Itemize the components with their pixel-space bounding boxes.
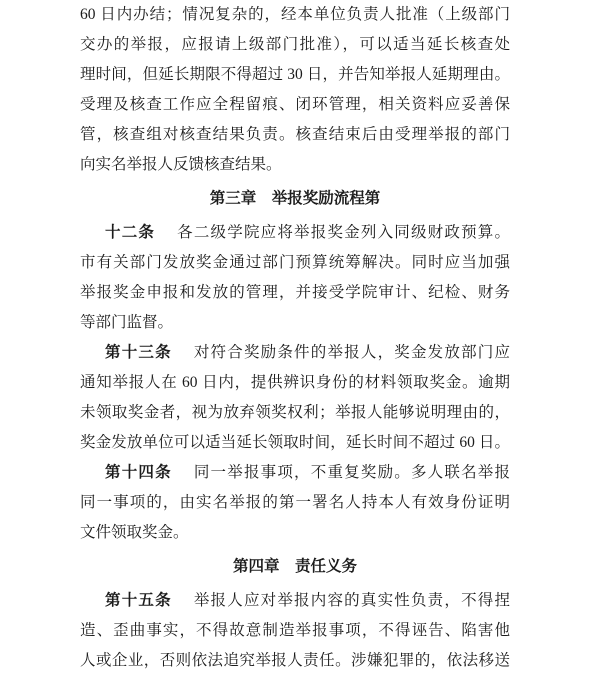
document-line: 理时间，但延长期限不得超过 30 日，并告知举报人延期理由。 xyxy=(80,60,510,90)
document-line: 人或企业，否则依法追究举报人责任。涉嫌犯罪的，依法移送 xyxy=(80,646,510,676)
document-line: 交办的举报，应报请上级部门批准），可以适当延长核查处 xyxy=(80,30,510,60)
article-number: 第十五条 xyxy=(105,592,172,609)
document-line: 市有关部门发放奖金通过部门预算统筹解决。同时应当加强 xyxy=(80,248,510,278)
document-line: 同一事项的，由实名举报的第一署名人持本人有效身份证明 xyxy=(80,488,510,518)
document-line: 十二条各二级学院应将举报奖金列入同级财政预算。 xyxy=(80,218,510,248)
document-line: 等部门监督。 xyxy=(80,308,510,338)
article-number: 第十四条 xyxy=(105,464,172,481)
document-line: 造、歪曲事实，不得故意制造举报事项，不得诬告、陷害他 xyxy=(80,616,510,646)
document-line: 60 日内办结；情况复杂的，经本单位负责人批准（上级部门 xyxy=(80,0,510,30)
document-body: 60 日内办结；情况复杂的，经本单位负责人批准（上级部门交办的举报，应报请上级部… xyxy=(80,0,510,676)
document-line: 受理及核查工作应全程留痕、闭环管理，相关资料应妥善保 xyxy=(80,90,510,120)
document-line: 第十三条对符合奖励条件的举报人，奖金发放部门应 xyxy=(80,338,510,368)
document-line: 向实名举报人反馈核查结果。 xyxy=(80,150,510,180)
article-number: 第十三条 xyxy=(105,344,172,361)
chapter-heading: 第三章 举报奖励流程第 xyxy=(80,184,510,214)
document-page: 60 日内办结；情况复杂的，经本单位负责人批准（上级部门交办的举报，应报请上级部… xyxy=(0,0,592,678)
document-line: 未领取奖金者，视为放弃领奖权利；举报人能够说明理由的， xyxy=(80,398,510,428)
document-line: 第十四条同一举报事项，不重复奖励。多人联名举报 xyxy=(80,458,510,488)
document-line: 通知举报人在 60 日内，提供辨识身份的材料领取奖金。逾期 xyxy=(80,368,510,398)
document-line: 举报奖金申报和发放的管理，并接受学院审计、纪检、财务 xyxy=(80,278,510,308)
document-line: 奖金发放单位可以适当延长领取时间，延长时间不超过 60 日。 xyxy=(80,428,510,458)
document-line: 第十五条举报人应对举报内容的真实性负责，不得捏 xyxy=(80,586,510,616)
chapter-heading: 第四章 责任义务 xyxy=(80,552,510,582)
document-line: 文件领取奖金。 xyxy=(80,518,510,548)
article-number: 十二条 xyxy=(105,224,155,241)
document-line: 管，核查组对核查结果负责。核查结束后由受理举报的部门 xyxy=(80,120,510,150)
